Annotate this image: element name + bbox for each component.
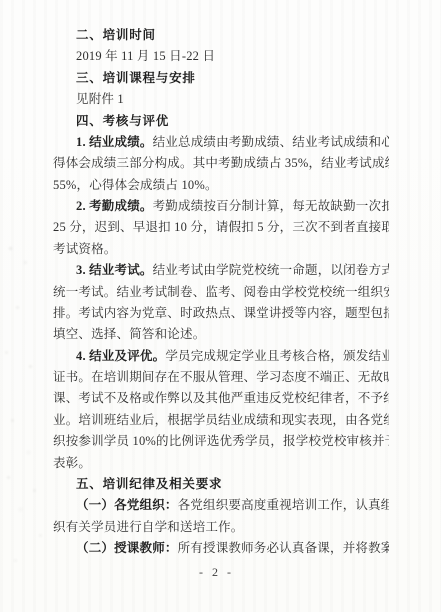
para-attendance-score-line-1: 2. 考勤成绩。考勤成绩按百分制计算，每无故缺勤一次扣 <box>53 196 389 217</box>
attachment-note: 见附件 1 <box>53 89 389 110</box>
para-graduation-award-line-2: 证书。在培训期间存在不服从管理、学习态度不端正、无故旷 <box>53 367 389 388</box>
scan-noise <box>0 0 1 1</box>
para-final-exam-line-1: 3. 结业考试。结业考试由学院党校统一命题，以闭卷方式 <box>53 260 389 281</box>
page-number: - 2 - <box>53 565 380 579</box>
para-teachers-line-1: （二）授课教师：所有授课教师务必认真备课，并将教案 <box>53 538 389 559</box>
heading-2-training-time: 二、培训时间 <box>53 25 389 46</box>
heading-5-discipline: 五、培训纪律及相关要求 <box>53 474 389 495</box>
heading-4-assessment: 四、考核与评优 <box>53 111 389 132</box>
para-final-exam-line-4: 填空、选择、简答和论述。 <box>53 324 389 345</box>
para-party-orgs-line-2: 织有关学员进行自学和送培工作。 <box>53 517 389 538</box>
para-attendance-score-line-3: 考试资格。 <box>53 239 389 260</box>
document-body: 二、培训时间 2019 年 11 月 15 日-22 日 三、培训课程与安排 见… <box>53 25 389 559</box>
para-completion-score-line-2: 得体会成绩三部分构成。其中考勤成绩占 35%，结业考试成绩占 <box>53 153 389 174</box>
para-graduation-award-line-5: 织按参训学员 10%的比例评选优秀学员，报学校党校审核并予以 <box>53 431 389 452</box>
para-final-exam-line-2: 统一考试。结业考试制卷、监考、阅卷由学校党校统一组织安 <box>53 282 389 303</box>
para-graduation-award-line-6: 表彰。 <box>53 453 389 474</box>
document-page: 二、培训时间 2019 年 11 月 15 日-22 日 三、培训课程与安排 见… <box>0 0 441 612</box>
para-graduation-award-line-1: 4. 结业及评优。学员完成规定学业且考核合格，颁发结业 <box>53 346 389 367</box>
heading-3-courses-schedule: 三、培训课程与安排 <box>53 68 389 89</box>
para-graduation-award-line-3: 课、考试不及格或作弊以及其他严重违反党校纪律者，不予结 <box>53 388 389 409</box>
para-attendance-score-line-2: 25 分，迟到、早退扣 10 分，请假扣 5 分，三次不到者直接取消 <box>53 217 389 238</box>
para-final-exam-line-3: 排。考试内容为党章、时政热点、课堂讲授等内容，题型包括 <box>53 303 389 324</box>
para-graduation-award-line-4: 业。培训班结业后，根据学员结业成绩和现实表现，由各党组 <box>53 410 389 431</box>
para-completion-score-line-1: 1. 结业成绩。结业总成绩由考勤成绩、结业考试成绩和心 <box>53 132 389 153</box>
para-completion-score-line-3: 55%，心得体会成绩占 10%。 <box>53 175 389 196</box>
para-party-orgs-line-1: （一）各党组织：各党组织要高度重视培训工作，认真组 <box>53 495 389 516</box>
training-date-line: 2019 年 11 月 15 日-22 日 <box>53 46 389 67</box>
